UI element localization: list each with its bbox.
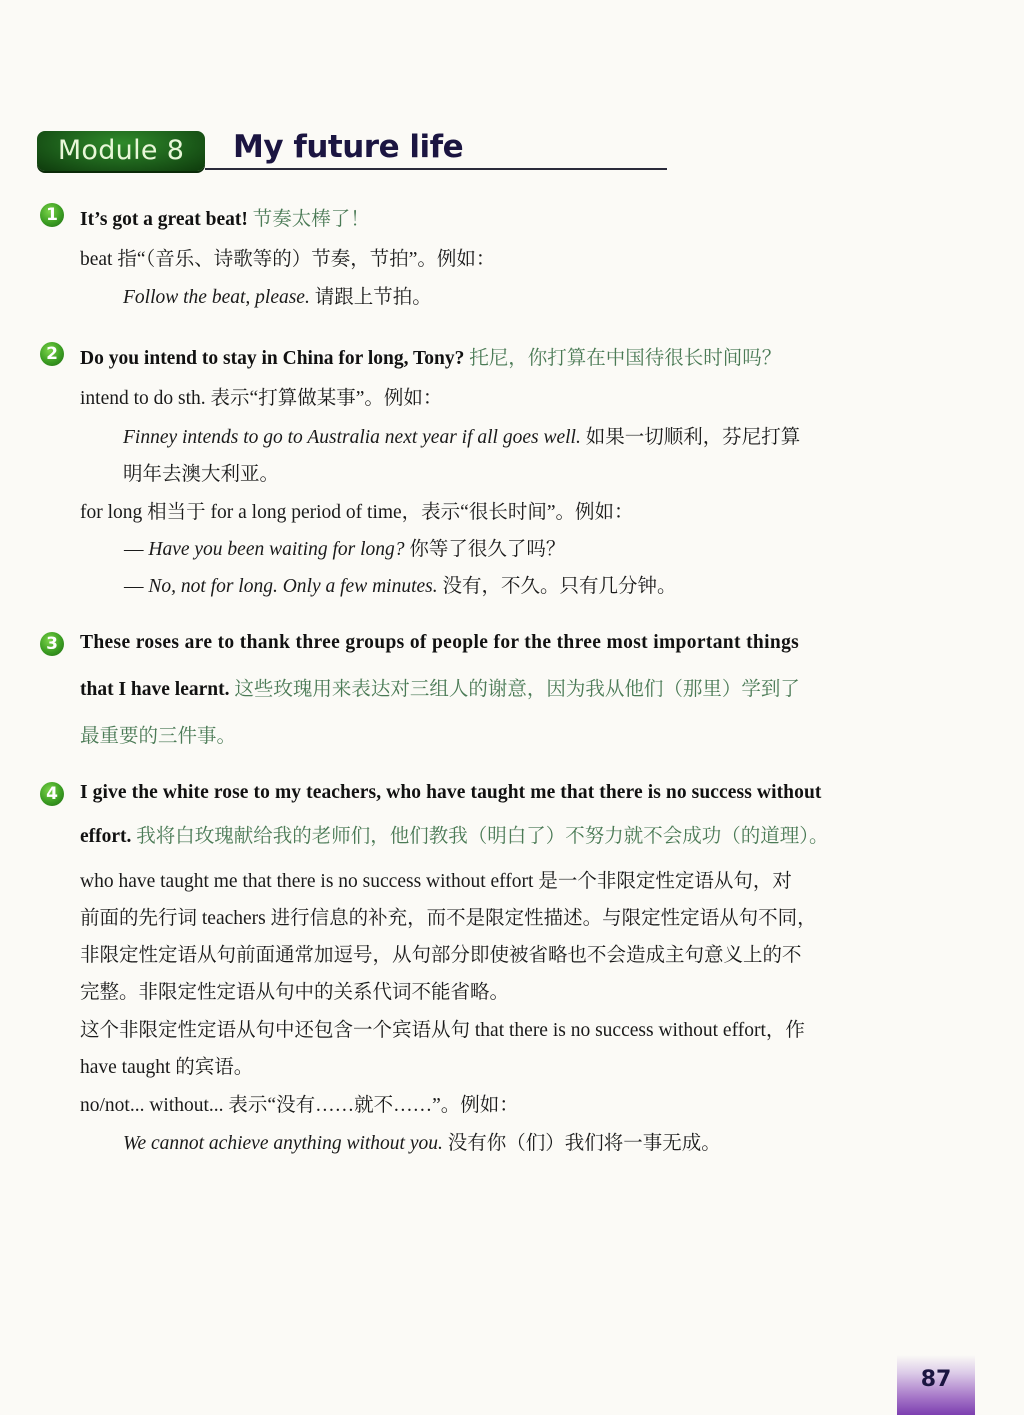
number-1-icon: 1 [40, 203, 64, 227]
example: We cannot achieve anything without you. … [123, 1127, 721, 1155]
explanation: 前面的先行词 teachers 进行信息的补充，而不是限定性描述。与限定性定语从… [80, 902, 817, 930]
page-number: 87 [897, 1355, 975, 1415]
explanation: have taught 的宾语。 [80, 1051, 253, 1079]
key-sentence: These roses are to thank three groups of… [80, 632, 799, 654]
explanation: 非限定性定语从句前面通常加逗号，从句部分即使被省略也不会造成主句意义上的不 [80, 939, 802, 967]
module-header: Module 8 My future life [37, 131, 667, 173]
key-sentence: I give the white rose to my teachers, wh… [80, 782, 822, 804]
explanation: for long 相当于 for a long period of time，表… [80, 496, 634, 524]
example: Finney intends to go to Australia next y… [123, 421, 800, 449]
key-sentence-cont: effort. 我将白玫瑰献给我的老师们，他们教我（明白了）不努力就不会成功（的… [80, 820, 829, 848]
example: Follow the beat, please. 请跟上节拍。 [123, 281, 432, 309]
example-continued: 明年去澳大利亚。 [123, 458, 279, 486]
translation-cont: 最重要的三件事。 [80, 720, 236, 748]
explanation: no/not... without... 表示“没有……就不……”。例如： [80, 1089, 519, 1117]
number-2-icon: 2 [40, 342, 64, 366]
dialogue-example: — No, not for long. Only a few minutes. … [124, 570, 677, 598]
explanation: who have taught me that there is no succ… [80, 865, 792, 893]
dialogue-example: — Have you been waiting for long? 你等了很久了… [124, 533, 565, 561]
header-rule [205, 168, 667, 170]
key-sentence: Do you intend to stay in China for long,… [80, 342, 781, 370]
module-title: My future life [233, 129, 463, 165]
explanation: intend to do sth. 表示“打算做某事”。例如： [80, 382, 442, 410]
explanation: 这个非限定性定语从句中还包含一个宾语从句 that there is no su… [80, 1014, 805, 1042]
module-badge: Module 8 [37, 131, 205, 171]
number-3-icon: 3 [40, 632, 64, 656]
explanation: beat 指“（音乐、诗歌等的）节奏，节拍”。例如： [80, 243, 495, 271]
key-sentence-cont: that I have learnt. 这些玫瑰用来表达对三组人的谢意，因为我从… [80, 673, 800, 701]
explanation: 完整。非限定性定语从句中的关系代词不能省略。 [80, 976, 509, 1004]
number-4-icon: 4 [40, 782, 64, 806]
key-sentence: It’s got a great beat! 节奏太棒了！ [80, 203, 370, 231]
